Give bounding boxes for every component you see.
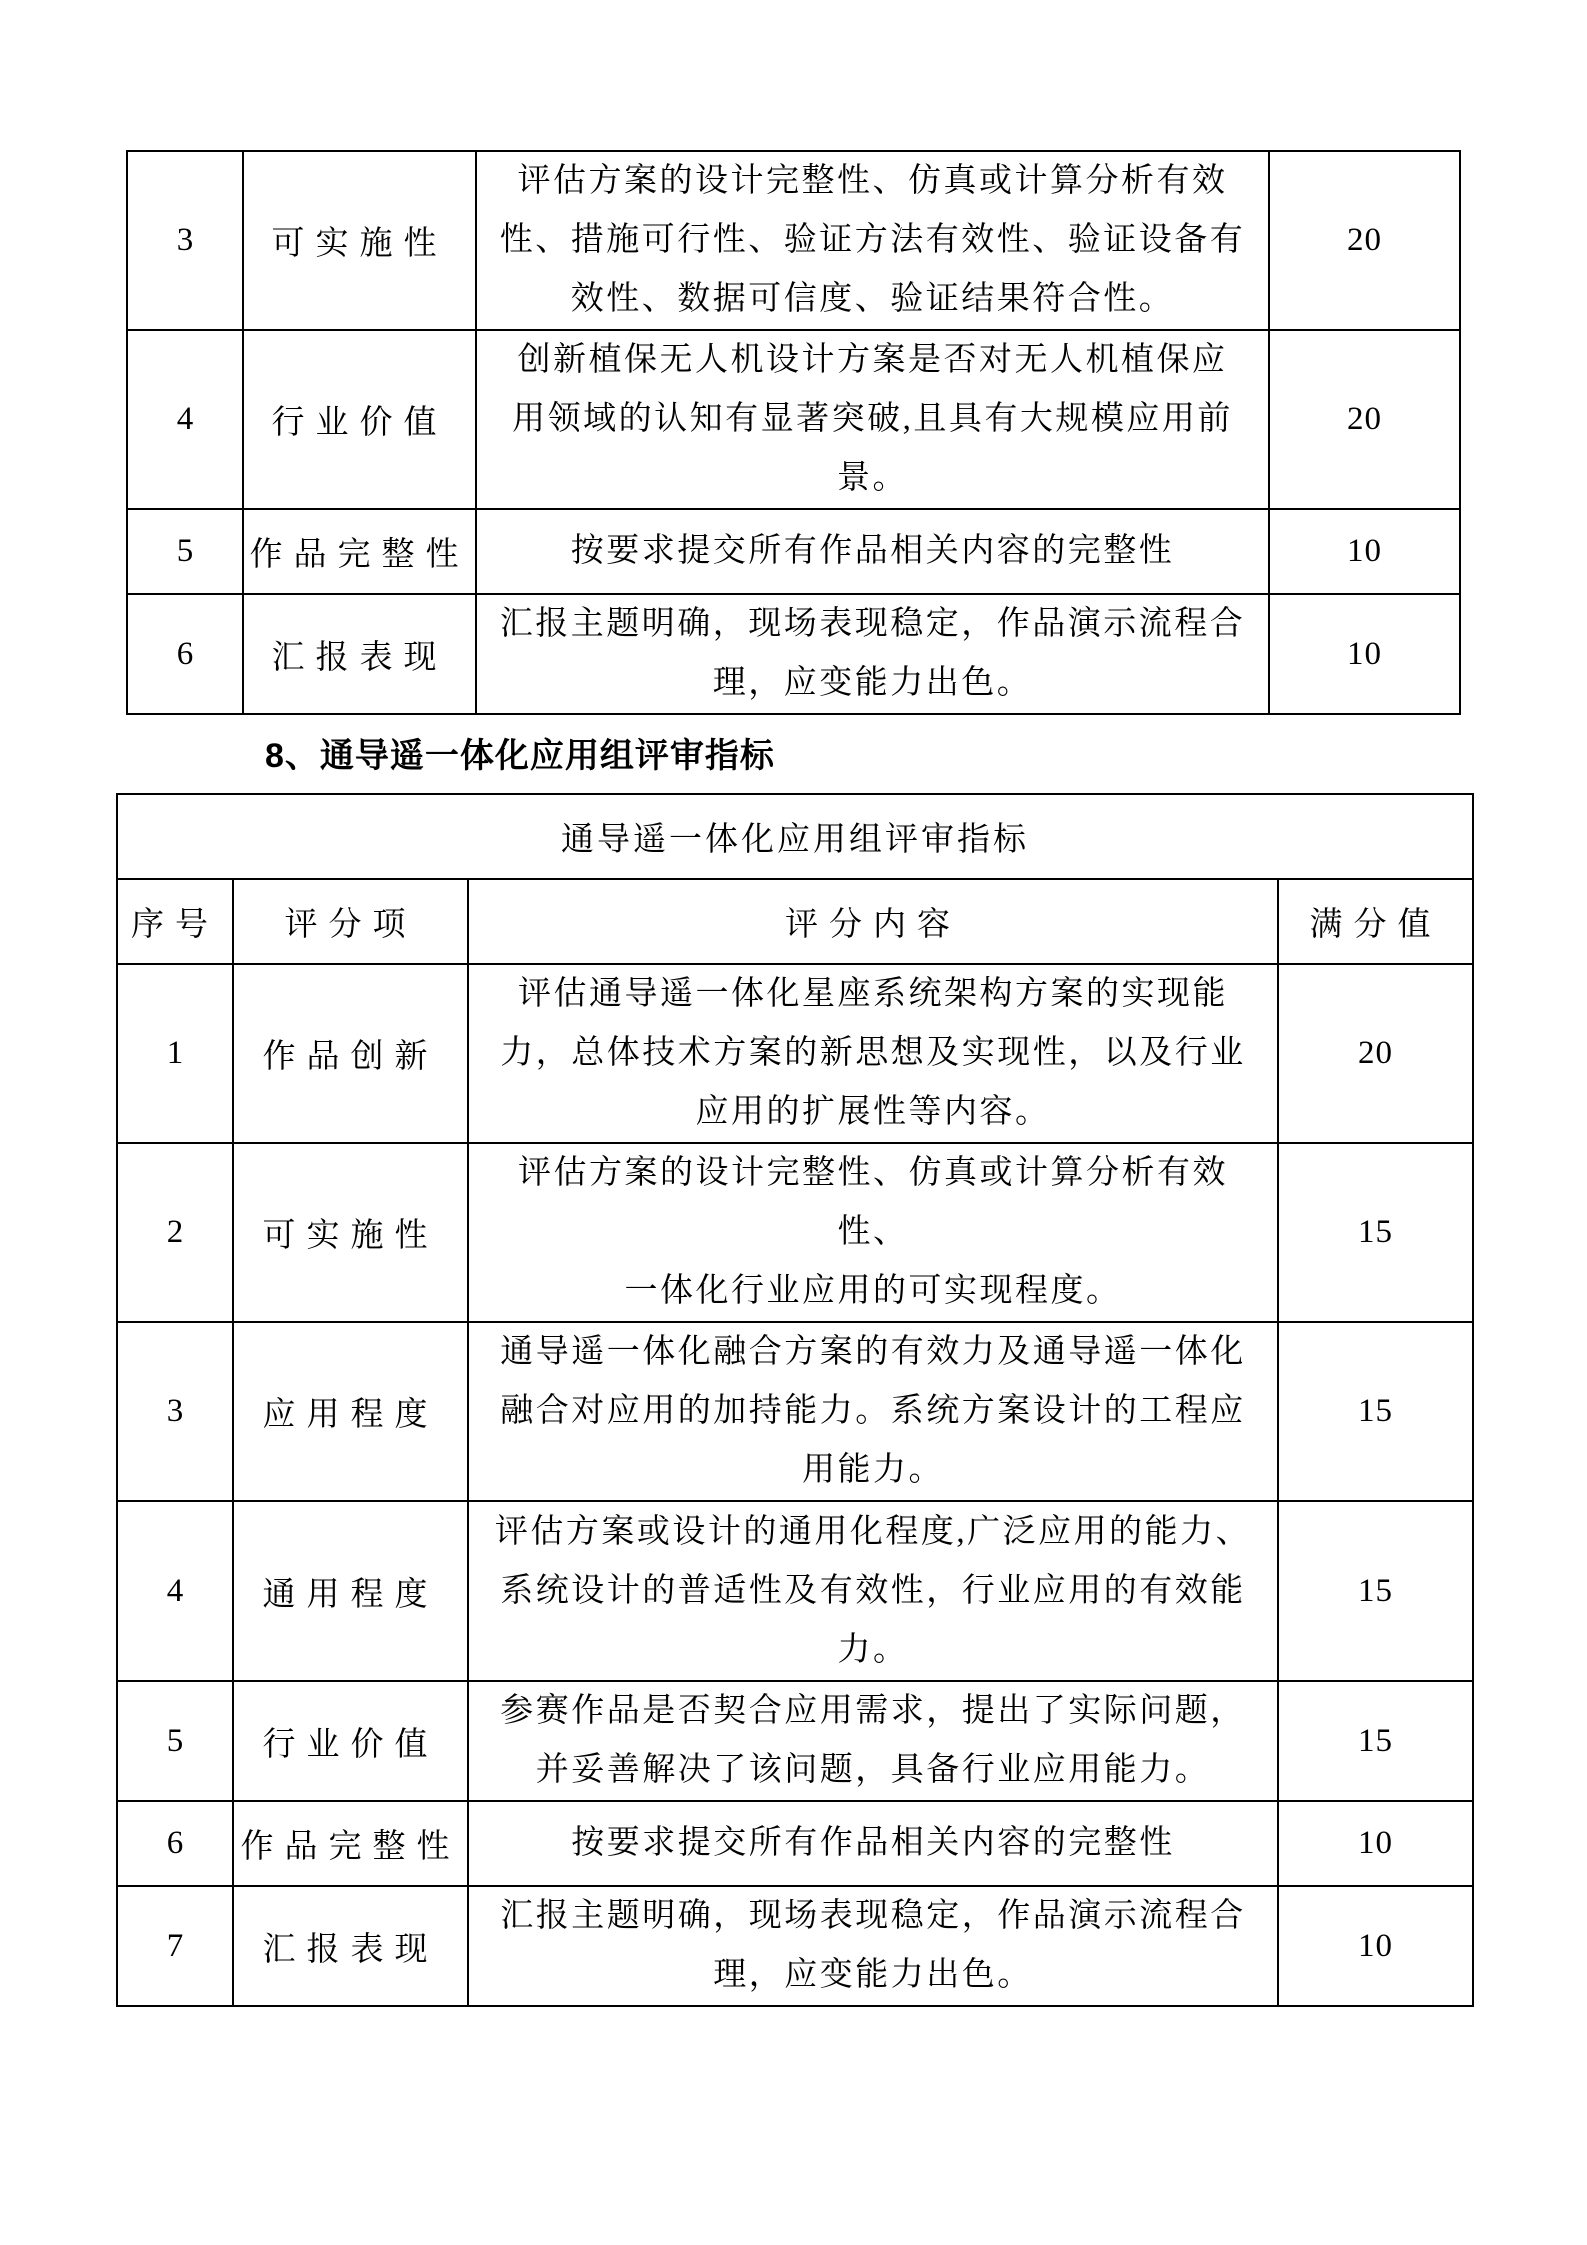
scoring-table-uav-group: 3 可实施性 评估方案的设计完整性、仿真或计算分析有效 性、措施可行性、验证方法… xyxy=(126,150,1461,715)
table-title: 通导遥一体化应用组评审指标 xyxy=(117,794,1473,879)
content-cell: 创新植保无人机设计方案是否对无人机植保应 用领域的认知有显著突破,且具有大规模应… xyxy=(476,330,1269,509)
content-cell: 评估方案的设计完整性、仿真或计算分析有效 性、措施可行性、验证方法有效性、验证设… xyxy=(476,151,1269,330)
content-cell: 通导遥一体化融合方案的有效力及通导遥一体化 融合对应用的加持能力。系统方案设计的… xyxy=(468,1322,1278,1501)
table-row: 3 应用程度 通导遥一体化融合方案的有效力及通导遥一体化 融合对应用的加持能力。… xyxy=(117,1322,1473,1501)
content-cell: 评估方案的设计完整性、仿真或计算分析有效性、 一体化行业应用的可实现程度。 xyxy=(468,1143,1278,1322)
item-cell: 可实施性 xyxy=(243,151,476,330)
table-row: 2 可实施性 评估方案的设计完整性、仿真或计算分析有效性、 一体化行业应用的可实… xyxy=(117,1143,1473,1322)
table-title-row: 通导遥一体化应用组评审指标 xyxy=(117,794,1473,879)
table-row: 1 作品创新 评估通导遥一体化星座系统架构方案的实现能 力，总体技术方案的新思想… xyxy=(117,964,1473,1143)
serial-cell: 6 xyxy=(117,1801,233,1886)
item-cell: 汇报表现 xyxy=(233,1886,468,2006)
table-row: 6 汇报表现 汇报主题明确，现场表现稳定，作品演示流程合 理，应变能力出色。 1… xyxy=(127,594,1460,714)
serial-cell: 2 xyxy=(117,1143,233,1322)
scoring-table-integrated-group: 通导遥一体化应用组评审指标 序号 评分项 评分内容 满分值 1 作品创新 评估通… xyxy=(116,793,1474,2007)
table-row: 3 可实施性 评估方案的设计完整性、仿真或计算分析有效 性、措施可行性、验证方法… xyxy=(127,151,1460,330)
table-row: 5 作品完整性 按要求提交所有作品相关内容的完整性 10 xyxy=(127,509,1460,594)
column-header-score: 满分值 xyxy=(1278,879,1473,964)
column-header-content: 评分内容 xyxy=(468,879,1278,964)
serial-cell: 5 xyxy=(127,509,243,594)
score-cell: 20 xyxy=(1269,151,1460,330)
item-cell: 行业价值 xyxy=(233,1681,468,1801)
item-cell: 应用程度 xyxy=(233,1322,468,1501)
column-header-serial: 序号 xyxy=(117,879,233,964)
serial-cell: 1 xyxy=(117,964,233,1143)
serial-cell: 5 xyxy=(117,1681,233,1801)
content-cell: 按要求提交所有作品相关内容的完整性 xyxy=(476,509,1269,594)
score-cell: 10 xyxy=(1278,1886,1473,2006)
serial-cell: 4 xyxy=(117,1501,233,1681)
content-cell: 汇报主题明确，现场表现稳定，作品演示流程合 理，应变能力出色。 xyxy=(476,594,1269,714)
serial-cell: 7 xyxy=(117,1886,233,2006)
table-header-row: 序号 评分项 评分内容 满分值 xyxy=(117,879,1473,964)
serial-cell: 4 xyxy=(127,330,243,509)
score-cell: 10 xyxy=(1269,594,1460,714)
content-cell: 评估通导遥一体化星座系统架构方案的实现能 力，总体技术方案的新思想及实现性，以及… xyxy=(468,964,1278,1143)
content-cell: 汇报主题明确，现场表现稳定，作品演示流程合 理，应变能力出色。 xyxy=(468,1886,1278,2006)
table-row: 4 行业价值 创新植保无人机设计方案是否对无人机植保应 用领域的认知有显著突破,… xyxy=(127,330,1460,509)
content-cell: 评估方案或设计的通用化程度,广泛应用的能力、 系统设计的普适性及有效性，行业应用… xyxy=(468,1501,1278,1681)
column-header-item: 评分项 xyxy=(233,879,468,964)
score-cell: 10 xyxy=(1269,509,1460,594)
table-row: 6 作品完整性 按要求提交所有作品相关内容的完整性 10 xyxy=(117,1801,1473,1886)
serial-cell: 6 xyxy=(127,594,243,714)
item-cell: 作品完整性 xyxy=(233,1801,468,1886)
item-cell: 作品创新 xyxy=(233,964,468,1143)
table-row: 4 通用程度 评估方案或设计的通用化程度,广泛应用的能力、 系统设计的普适性及有… xyxy=(117,1501,1473,1681)
content-cell: 按要求提交所有作品相关内容的完整性 xyxy=(468,1801,1278,1886)
item-cell: 可实施性 xyxy=(233,1143,468,1322)
score-cell: 10 xyxy=(1278,1801,1473,1886)
item-cell: 行业价值 xyxy=(243,330,476,509)
score-cell: 15 xyxy=(1278,1681,1473,1801)
section-heading: 8、通导遥一体化应用组评审指标 xyxy=(265,728,775,777)
content-cell: 参赛作品是否契合应用需求，提出了实际问题， 并妥善解决了该问题，具备行业应用能力… xyxy=(468,1681,1278,1801)
document-page: 3 可实施性 评估方案的设计完整性、仿真或计算分析有效 性、措施可行性、验证方法… xyxy=(0,0,1587,2245)
table-row: 5 行业价值 参赛作品是否契合应用需求，提出了实际问题， 并妥善解决了该问题，具… xyxy=(117,1681,1473,1801)
item-cell: 作品完整性 xyxy=(243,509,476,594)
score-cell: 15 xyxy=(1278,1322,1473,1501)
item-cell: 通用程度 xyxy=(233,1501,468,1681)
score-cell: 20 xyxy=(1269,330,1460,509)
score-cell: 20 xyxy=(1278,964,1473,1143)
serial-cell: 3 xyxy=(117,1322,233,1501)
score-cell: 15 xyxy=(1278,1501,1473,1681)
score-cell: 15 xyxy=(1278,1143,1473,1322)
item-cell: 汇报表现 xyxy=(243,594,476,714)
table-row: 7 汇报表现 汇报主题明确，现场表现稳定，作品演示流程合 理，应变能力出色。 1… xyxy=(117,1886,1473,2006)
serial-cell: 3 xyxy=(127,151,243,330)
